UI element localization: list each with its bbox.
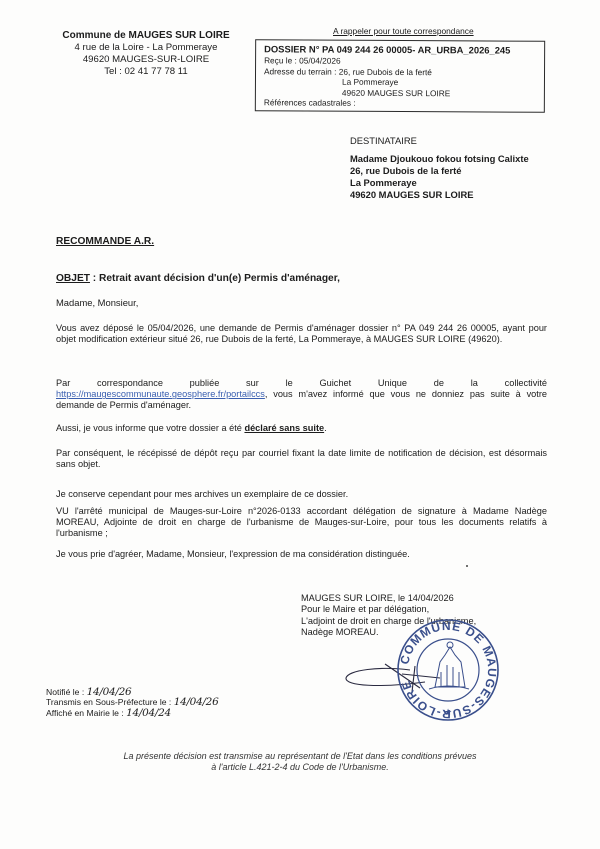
paragraph-archive: Je conserve cependant pour mes archives … [56,489,547,500]
subject-line: OBJET : Retrait avant décision d'un(e) P… [56,273,340,284]
paragraph-correspondence-line1: Par correspondance publiée sur le Guiche… [56,378,547,389]
recipient-name: Madame Djoukouo fokou fotsing Calixte [350,153,529,165]
posted-row: Affiché en Mairie le : 14/04/24 [46,708,218,718]
notified-label: Notifié le : [46,687,87,697]
municipal-stamp: COMMUNE DE MAUGES-SUR-LOIRE ★ [395,617,501,723]
salutation: Madame, Monsieur, [56,297,138,308]
portal-link[interactable]: https://maugescommunaute.geosphere.fr/po… [56,389,265,399]
paragraph-declared-end: . [324,423,327,433]
sender-name: Commune de MAUGES SUR LOIRE [46,30,246,42]
paragraph-consequence: Par conséquent, le récépissé de dépôt re… [56,448,547,470]
paragraph-declared: Aussi, je vous informe que votre dossier… [56,423,547,434]
stray-mark [466,565,468,567]
legal-footer: La présente décision est transmise au re… [90,751,510,773]
notification-block: Notifié le : 14/04/26 Transmis en Sous-P… [46,687,218,718]
site-address-line1: 26, rue Dubois de la ferté [339,66,432,76]
site-address-label: Adresse du terrain : [264,66,336,76]
paragraph-correspondence: Par correspondance publiée sur le Guiche… [56,378,547,412]
sender-phone: Tel : 02 41 77 78 11 [46,66,246,78]
stamp-text: COMMUNE DE MAUGES-SUR-LOIRE [397,619,499,721]
declared-without-follow-up: déclaré sans suite [244,423,324,433]
site-address: Adresse du terrain : 26, rue Dubois de l… [264,66,538,78]
recipient-block: Madame Djoukouo fokou fotsing Calixte 26… [350,153,529,201]
recall-note: A rappeler pour toute correspondance [333,26,474,36]
recipient-address-line2: La Pommeraye [350,177,529,189]
svg-text:COMMUNE DE MAUGES-SUR-LOIRE: COMMUNE DE MAUGES-SUR-LOIRE [397,619,499,721]
sender-address-line1: 4 rue de la Loire - La Pommeraye [46,42,246,54]
posted-date: 14/04/24 [126,707,171,719]
sender-address-line2: 49620 MAUGES-SUR-LOIRE [46,54,246,66]
transmitted-date: 14/04/26 [174,696,219,708]
subject-label: OBJET [56,273,90,284]
signature-place-date: MAUGES SUR LOIRE, le 14/04/2026 [301,593,476,604]
svg-text:★: ★ [444,707,452,717]
cadastral-references: Références cadastrales : [264,98,538,110]
paragraph-deposit: Vous avez déposé le 05/04/2026, une dema… [56,323,547,345]
sender-block: Commune de MAUGES SUR LOIRE 4 rue de la … [46,30,246,78]
registered-mail-label: RECOMMANDE A.R. [56,236,154,247]
recipient-address-line1: 26, rue Dubois de la ferté [350,165,529,177]
posted-label: Affiché en Mairie le : [46,708,126,718]
signature-line2: Pour le Maire et par délégation, [301,604,476,615]
paragraph-delegation: VU l'arrêté municipal de Mauges-sur-Loir… [56,506,547,540]
recipient-address-line3: 49620 MAUGES SUR LOIRE [350,189,529,201]
subject-text: : Retrait avant décision d'un(e) Permis … [90,273,340,284]
footer-line2: à l'article L.421-2-4 du Code de l'Urban… [90,762,510,773]
paragraph-closing: Je vous prie d'agréer, Madame, Monsieur,… [56,549,547,560]
recipient-label: DESTINATAIRE [350,135,417,146]
dossier-reference-box: DOSSIER N° PA 049 244 26 00005- AR_URBA_… [255,39,545,113]
paragraph-declared-text: Aussi, je vous informe que votre dossier… [56,423,244,433]
footer-line1: La présente décision est transmise au re… [90,751,510,762]
